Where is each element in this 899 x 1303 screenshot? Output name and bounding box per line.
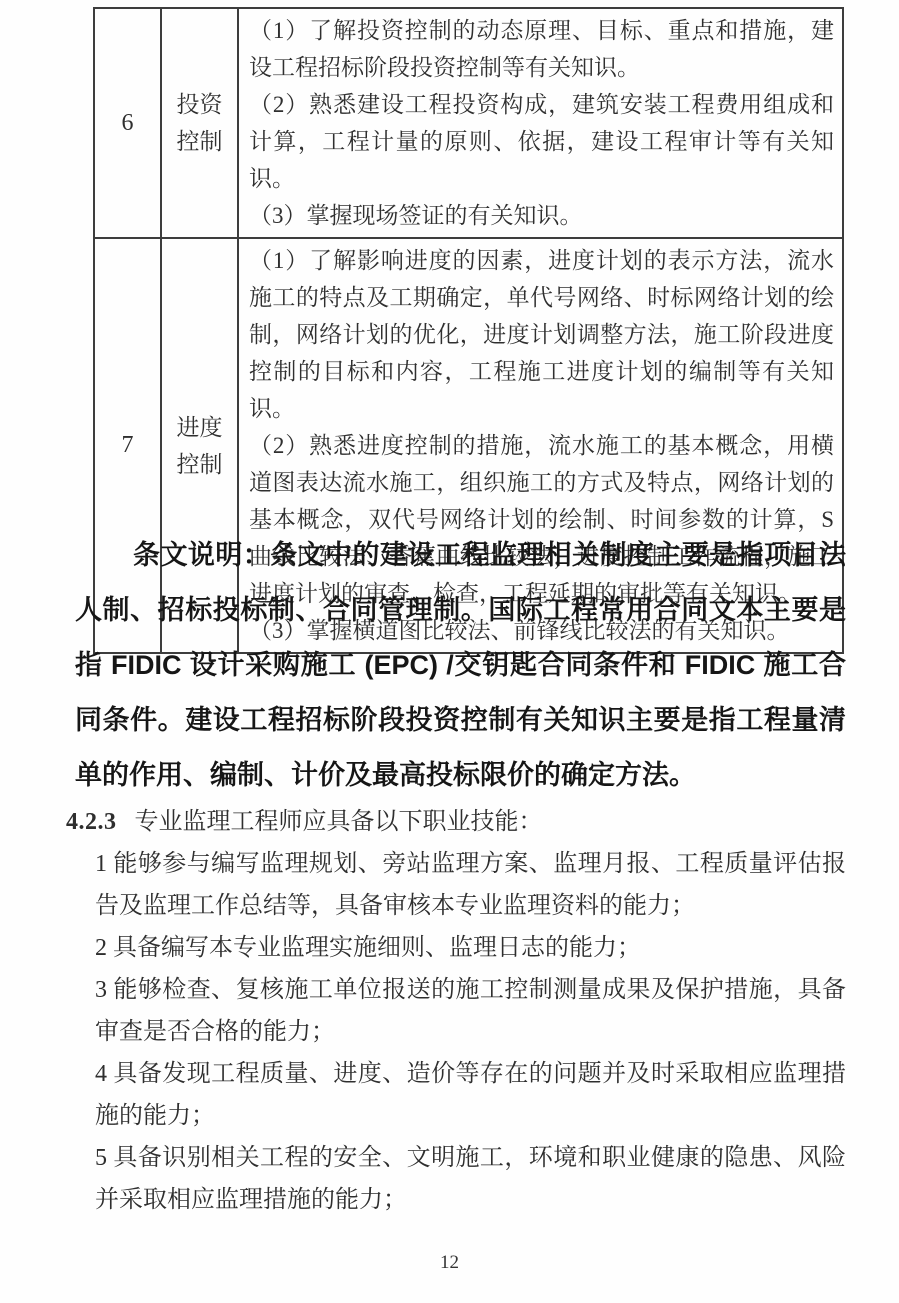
row-number-cell: 6 (94, 8, 161, 238)
knowledge-item: （1）了解投资控制的动态原理、目标、重点和措施，建设工程招标阶段投资控制等有关知… (249, 12, 834, 86)
skill-item: 2 具备编写本专业监理实施细则、监理日志的能力； (95, 927, 846, 969)
table-row: 6 投资 控制 （1）了解投资控制的动态原理、目标、重点和措施，建设工程招标阶段… (94, 8, 843, 238)
category-line: 投资 (163, 86, 236, 123)
knowledge-item: （2）熟悉建设工程投资构成，建筑安装工程费用组成和计算，工程计量的原则、依据，建… (249, 86, 834, 197)
page-number: 12 (0, 1252, 899, 1274)
commentary-paragraph: 条文说明：条文中的建设工程监理相关制度主要是指项目法人制、招标投标制、合同管理制… (75, 528, 846, 803)
skill-item: 4 具备发现工程质量、进度、造价等存在的问题并及时采取相应监理措施的能力； (95, 1053, 846, 1137)
skill-items-list: 1 能够参与编写监理规划、旁站监理方案、监理月报、工程质量评估报告及监理工作总结… (66, 843, 846, 1221)
category-cell: 投资 控制 (161, 8, 238, 238)
skill-item: 3 能够检查、复核施工单位报送的施工控制测量成果及保护措施，具备审查是否合格的能… (95, 969, 846, 1053)
knowledge-item: （3）掌握现场签证的有关知识。 (249, 197, 834, 234)
category-line: 控制 (163, 446, 236, 483)
section-number: 4.2.3 (66, 809, 117, 835)
skill-item: 5 具备识别相关工程的安全、文明施工，环境和职业健康的隐患、风险并采取相应监理措… (95, 1137, 846, 1221)
section-heading: 4.2.3专业监理工程师应具备以下职业技能： (66, 801, 846, 843)
document-page: 6 投资 控制 （1）了解投资控制的动态原理、目标、重点和措施，建设工程招标阶段… (0, 0, 899, 1303)
category-line: 进度 (163, 409, 236, 446)
section-title: 专业监理工程师应具备以下职业技能： (135, 809, 543, 835)
knowledge-item: （1）了解影响进度的因素，进度计划的表示方法，流水施工的特点及工期确定，单代号网… (249, 242, 834, 427)
category-line: 控制 (163, 123, 236, 160)
section-4-2-3: 4.2.3专业监理工程师应具备以下职业技能： 1 能够参与编写监理规划、旁站监理… (66, 801, 846, 1221)
knowledge-items-cell: （1）了解投资控制的动态原理、目标、重点和措施，建设工程招标阶段投资控制等有关知… (238, 8, 843, 238)
skill-item: 1 能够参与编写监理规划、旁站监理方案、监理月报、工程质量评估报告及监理工作总结… (95, 843, 846, 927)
